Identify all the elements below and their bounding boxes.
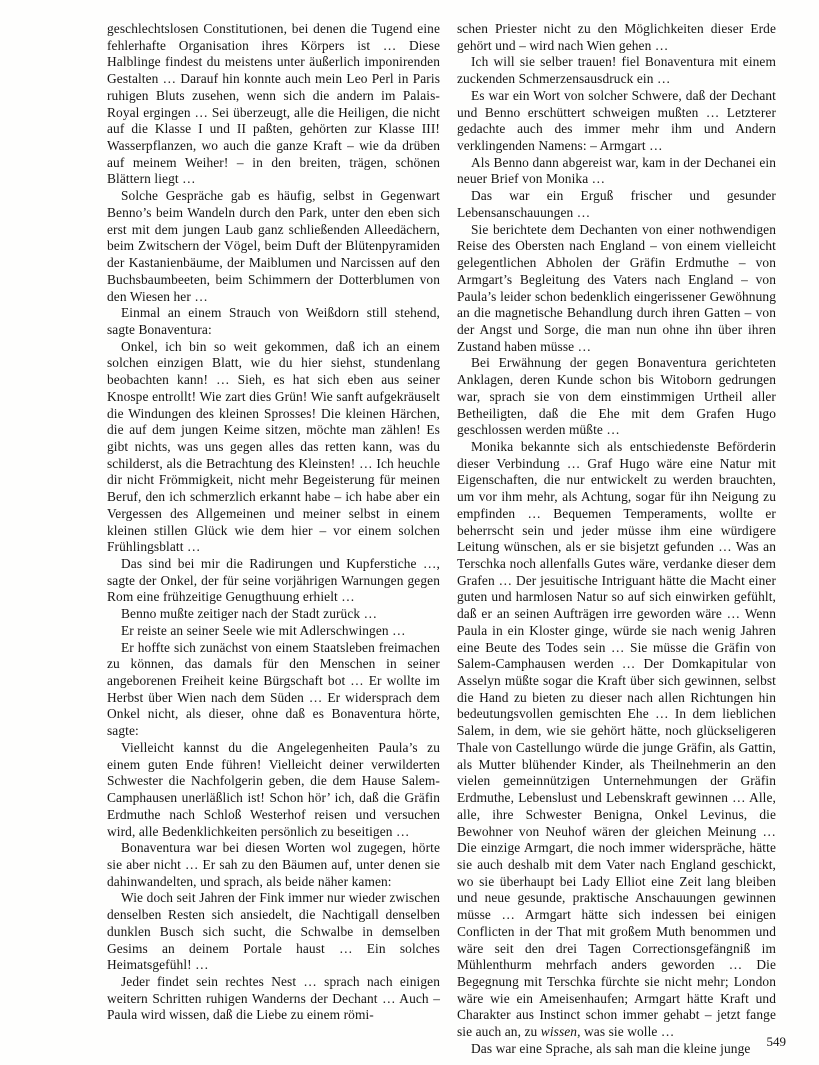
text-run: Vielleicht kannst du die Angelegenheiten… — [107, 740, 440, 839]
paragraph: Jeder findet sein rechtes Nest … sprach … — [107, 974, 440, 1024]
paragraph: Einmal an einem Strauch von Weißdorn sti… — [107, 305, 440, 338]
text-run: Es war ein Wort von solcher Schwere, daß… — [457, 88, 776, 153]
text-run: Bei Erwähnung der gegen Bonaventura geri… — [457, 355, 776, 437]
paragraph: Monika bekannte sich als entschiedenste … — [457, 439, 776, 1041]
paragraph: Das sind bei mir die Radirungen und Kupf… — [107, 556, 440, 606]
paragraph: Vielleicht kannst du die Angelegenheiten… — [107, 740, 440, 840]
paragraph: schen Priester nicht zu den Möglichkeite… — [457, 21, 776, 54]
right-column: schen Priester nicht zu den Möglichkeite… — [457, 21, 776, 1058]
paragraph: Bonaventura war bei diesen Worten wol zu… — [107, 840, 440, 890]
paragraph: Das war eine Sprache, als sah man die kl… — [457, 1041, 776, 1058]
text-run: Bonaventura war bei diesen Worten wol zu… — [107, 840, 440, 888]
text-block: geschlechtslosen Constitutionen, bei den… — [107, 21, 776, 1058]
paragraph: Onkel, ich bin so weit gekommen, daß ich… — [107, 339, 440, 556]
text-run: Ich will sie selber trauen! fiel Bonaven… — [457, 54, 776, 86]
text-run: Er hoffte sich zunächst von einem Staats… — [107, 640, 440, 739]
text-run: geschlechtslosen Constitutionen, bei den… — [107, 21, 440, 186]
paragraph: Er reiste an seiner Seele wie mit Adlers… — [107, 623, 440, 640]
text-run: Onkel, ich bin so weit gekommen, daß ich… — [107, 339, 440, 555]
paragraph: Solche Gespräche gab es häufig, selbst i… — [107, 188, 440, 305]
book-page: geschlechtslosen Constitutionen, bei den… — [0, 0, 819, 1065]
paragraph: Das war ein Erguß frischer und gesunder … — [457, 188, 776, 221]
paragraph: Es war ein Wort von solcher Schwere, daß… — [457, 88, 776, 155]
text-run: Das war ein Erguß frischer und gesunder … — [457, 188, 776, 220]
text-run: Er reiste an seiner Seele wie mit Adlers… — [121, 623, 406, 638]
paragraph: Benno mußte zeitiger nach der Stadt zurü… — [107, 606, 440, 623]
text-run: Jeder findet sein rechtes Nest … sprach … — [107, 974, 440, 1022]
text-run: Sie berichtete dem Dechanten von einer n… — [457, 222, 776, 354]
left-column: geschlechtslosen Constitutionen, bei den… — [107, 21, 440, 1058]
text-run: Monika bekannte sich als entschiedenste … — [457, 439, 776, 1039]
paragraph: Bei Erwähnung der gegen Bonaventura geri… — [457, 355, 776, 439]
text-run: Einmal an einem Strauch von Weißdorn sti… — [107, 305, 440, 337]
paragraph: geschlechtslosen Constitutionen, bei den… — [107, 21, 440, 188]
paragraph: Ich will sie selber trauen! fiel Bonaven… — [457, 54, 776, 87]
text-run: , was sie wolle … — [577, 1024, 674, 1039]
page-number: 549 — [767, 1034, 787, 1050]
text-run: Das sind bei mir die Radirungen und Kupf… — [107, 556, 440, 604]
paragraph: Als Benno dann abgereist war, kam in der… — [457, 155, 776, 188]
text-run: Wie doch seit Jahren der Fink immer nur … — [107, 890, 440, 972]
paragraph: Sie berichtete dem Dechanten von einer n… — [457, 222, 776, 356]
text-run: Das war eine Sprache, als sah man die kl… — [471, 1041, 750, 1056]
text-run: schen Priester nicht zu den Möglichkeite… — [457, 21, 776, 53]
text-run: Solche Gespräche gab es häufig, selbst i… — [107, 188, 440, 303]
emphasized-text: wissen — [541, 1024, 577, 1039]
text-run: Als Benno dann abgereist war, kam in der… — [457, 155, 776, 187]
text-run: Benno mußte zeitiger nach der Stadt zurü… — [121, 606, 377, 621]
paragraph: Wie doch seit Jahren der Fink immer nur … — [107, 890, 440, 974]
paragraph: Er hoffte sich zunächst von einem Staats… — [107, 640, 440, 740]
